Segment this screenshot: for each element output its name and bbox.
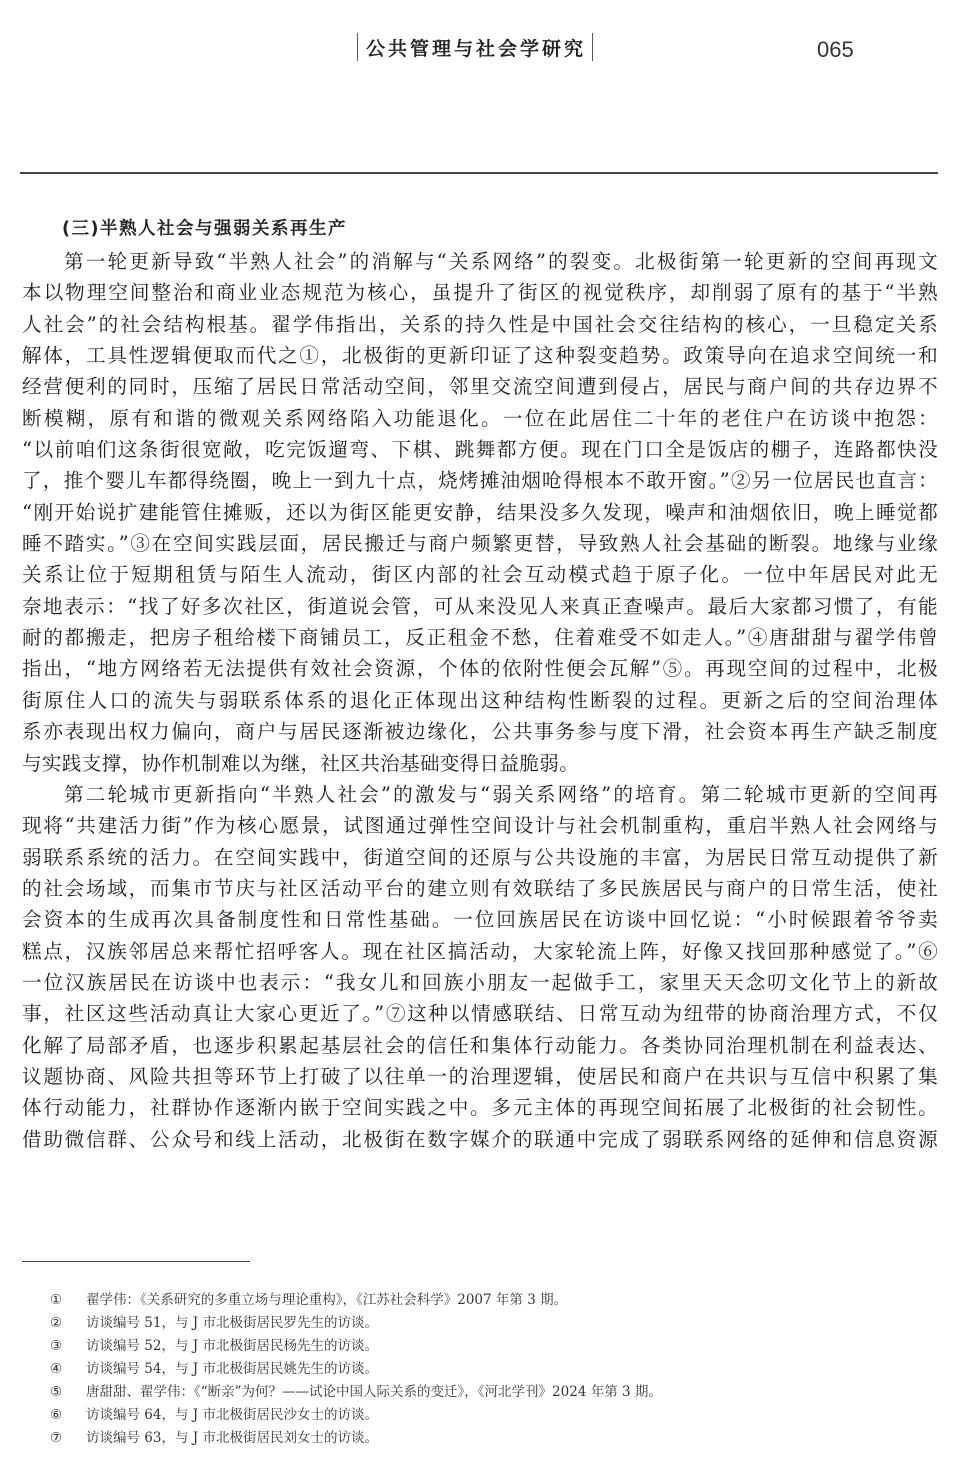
header-right-bar xyxy=(592,33,593,61)
body-line: 第一轮更新导致“半熟人社会”的消解与“关系网络”的裂变。北极街第一轮更新的空间再… xyxy=(22,246,938,277)
body-line: 的社会场域，而集市节庆与社区活动平台的建立则有效联结了多民族居民与商户的日常生活… xyxy=(22,873,938,904)
footnote-text: 访谈编号 52，与 J 市北极街居民杨先生的访谈。 xyxy=(86,1335,378,1358)
body-line: 本以物理空间整治和商业业态规范为核心，虽提升了街区的视觉秩序，却削弱了原有的基于… xyxy=(22,277,938,308)
body-line: 体行动能力，社群协作逐渐内嵌于空间实践之中。多元主体的再现空间拓展了北极街的社会… xyxy=(22,1092,938,1123)
footnote-marker: ① xyxy=(50,1289,86,1312)
body-line: 一位汉族居民在访谈中也表示：“我女儿和回族小朋友一起做手工，家里天天念叨文化节上… xyxy=(22,967,938,998)
body-line: 断模糊，原有和谐的微观关系网络陷入功能退化。一位在此居住二十年的老住户在访谈中抱… xyxy=(22,403,938,434)
body-line: 现将“共建活力街”作为核心愿景，试图通过弹性空间设计与社会机制重构，重启半熟人社… xyxy=(22,810,938,841)
footnote-text: 访谈编号 51，与 J 市北极街居民罗先生的访谈。 xyxy=(86,1312,378,1335)
body-line: 第二轮城市更新指向“半熟人社会”的激发与“弱关系网络”的培育。第二轮城市更新的空… xyxy=(22,779,938,810)
footnote: ②访谈编号 51，与 J 市北极街居民罗先生的访谈。 xyxy=(50,1312,662,1335)
footnote-marker: ② xyxy=(50,1312,86,1335)
body-line: 事，社区这些活动真让大家心更近了。”⑦这种以情感联结、日常互动为纽带的协商治理方… xyxy=(22,998,938,1029)
body-line: 奈地表示：“找了好多次社区，街道说会管，可从来没见人来真正查噪声。最后大家都习惯… xyxy=(22,591,938,622)
body-line: 借助微信群、公众号和线上活动，北极街在数字媒介的联通中完成了弱联系网络的延伸和信… xyxy=(22,1124,938,1155)
body-line: 了，推个婴儿车都得绕圈，晚上一到九十点，烧烤摊油烟呛得根本不敢开窗。”②另一位居… xyxy=(22,465,938,496)
body-line: 耐的都搬走，把房子租给楼下商铺员工，反正租金不愁，住着难受不如走人。”④唐甜甜与… xyxy=(22,622,938,653)
footnote-text: 访谈编号 54，与 J 市北极街居民姚先生的访谈。 xyxy=(86,1358,378,1381)
body-line: “刚开始说扩建能管住摊贩，还以为街区能更安静，结果没多久发现，噪声和油烟依旧，晚… xyxy=(22,497,938,528)
body-line: 经营便利的同时，压缩了居民日常活动空间，邻里交流空间遭到侵占，居民与商户间的共存… xyxy=(22,371,938,402)
footnote-rule xyxy=(22,1261,250,1262)
body-line: 弱联系系统的活力。在空间实践中，街道空间的还原与公共设施的丰富，为居民日常互动提… xyxy=(22,842,938,873)
footnote-marker: ④ xyxy=(50,1358,86,1381)
footnote-marker: ⑤ xyxy=(50,1381,86,1404)
body-line: 糕点，汉族邻居总来帮忙招呼客人。现在社区搞活动，大家轮流上阵，好像又找回那种感觉… xyxy=(22,936,938,967)
footnote: ③访谈编号 52，与 J 市北极街居民杨先生的访谈。 xyxy=(50,1335,662,1358)
footnote-text: 访谈编号 63，与 J 市北极街居民刘女士的访谈。 xyxy=(86,1427,378,1450)
footnote: ④访谈编号 54，与 J 市北极街居民姚先生的访谈。 xyxy=(50,1358,662,1381)
footnotes: ①翟学伟：《关系研究的多重立场与理论重构》，《江苏社会科学》2007 年第 3 … xyxy=(50,1289,662,1450)
section-heading: (三)半熟人社会与强弱关系再生产 xyxy=(62,215,347,240)
footnote-marker: ⑦ xyxy=(50,1427,86,1450)
journal-title: 公共管理与社会学研究 xyxy=(358,34,592,61)
footnote: ⑤唐甜甜、翟学伟：《“断亲”为何？——试论中国人际关系的变迁》，《河北学刊》20… xyxy=(50,1381,662,1404)
footnote-marker: ⑥ xyxy=(50,1404,86,1427)
footnote: ⑦访谈编号 63，与 J 市北极街居民刘女士的访谈。 xyxy=(50,1427,662,1450)
body-line: 睡不踏实。”③在空间实践层面，居民搬迁与商户频繁更替，导致熟人社会基础的断裂。地… xyxy=(22,528,938,559)
footnote-text: 翟学伟：《关系研究的多重立场与理论重构》，《江苏社会科学》2007 年第 3 期… xyxy=(86,1289,567,1312)
body-line: 街原住人口的流失与弱联系体系的退化正体现出这种结构性断裂的过程。更新之后的空间治… xyxy=(22,685,938,716)
footnote-text: 访谈编号 64，与 J 市北极街居民沙女士的访谈。 xyxy=(86,1404,378,1427)
body-line: 议题协商、风险共担等环节上打破了以往单一的治理逻辑，使居民和商户在共识与互信中积… xyxy=(22,1061,938,1092)
body-line: 解体，工具性逻辑便取而代之①，北极街的更新印证了这种裂变趋势。政策导向在追求空间… xyxy=(22,340,938,371)
footnote-marker: ③ xyxy=(50,1335,86,1358)
footnote-text: 唐甜甜、翟学伟：《“断亲”为何？——试论中国人际关系的变迁》，《河北学刊》202… xyxy=(86,1381,662,1404)
footnote: ①翟学伟：《关系研究的多重立场与理论重构》，《江苏社会科学》2007 年第 3 … xyxy=(50,1289,662,1312)
body-line: 指出，“地方网络若无法提供有效社会资源，个体的依附性便会瓦解”⑤。再现空间的过程… xyxy=(22,653,938,684)
body-text: 第一轮更新导致“半熟人社会”的消解与“关系网络”的裂变。北极街第一轮更新的空间再… xyxy=(22,246,938,1155)
body-line: 人社会”的社会结构根基。翟学伟指出，关系的持久性是中国社会交往结构的核心，一旦稳… xyxy=(22,309,938,340)
body-line: “以前咱们这条街很宽敞，吃完饭遛弯、下棋、跳舞都方便。现在门口全是饭店的棚子，连… xyxy=(22,434,938,465)
body-line: 化解了局部矛盾，也逐步积累起基层社会的信任和集体行动能力。各类协同治理机制在利益… xyxy=(22,1030,938,1061)
body-line: 系亦表现出权力偏向，商户与居民逐渐被边缘化，公共事务参与度下滑，社会资本再生产缺… xyxy=(22,716,938,747)
header-rule xyxy=(20,172,938,174)
page-number: 065 xyxy=(817,37,854,63)
footnote: ⑥访谈编号 64，与 J 市北极街居民沙女士的访谈。 xyxy=(50,1404,662,1427)
running-head: 公共管理与社会学研究 xyxy=(357,32,593,62)
body-line: 与实践支撑，协作机制难以为继，社区共治基础变得日益脆弱。 xyxy=(22,748,938,779)
body-line: 关系让位于短期租赁与陌生人流动，街区内部的社会互动模式趋于原子化。一位中年居民对… xyxy=(22,559,938,590)
body-line: 会资本的生成再次具备制度性和日常性基础。一位回族居民在访谈中回忆说：“小时候跟着… xyxy=(22,904,938,935)
